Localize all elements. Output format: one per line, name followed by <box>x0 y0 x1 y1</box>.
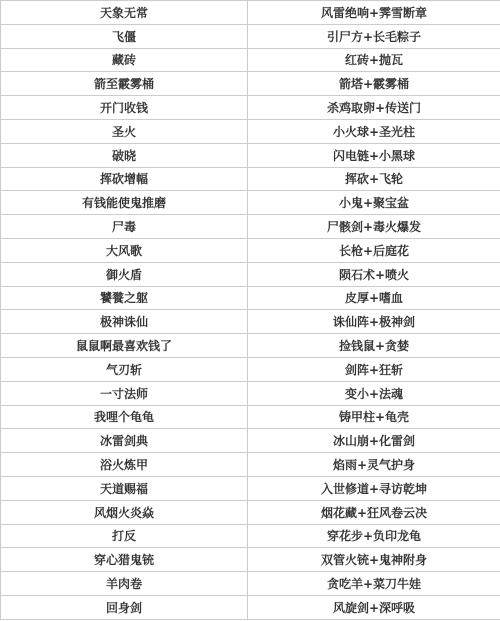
table-row: 穿心猎鬼铳 双管火铳+鬼神附身 <box>1 548 500 572</box>
combo-name-cell: 打反 <box>1 524 248 548</box>
recipe-cell: 箭塔+霰雾桶 <box>248 72 500 96</box>
table-row: 风烟火炎焱 烟花藏+狂风卷云决 <box>1 500 500 524</box>
combo-name-cell: 飞僵 <box>1 24 248 48</box>
combo-name-cell: 浴火炼甲 <box>1 453 248 477</box>
table-row: 挥砍增幅 挥砍+飞轮 <box>1 167 500 191</box>
recipe-cell: 烟花藏+狂风卷云决 <box>248 500 500 524</box>
recipe-cell: 剑阵+狂斩 <box>248 357 500 381</box>
table-row: 羊肉卷 贪吃羊+菜刀牛娃 <box>1 572 500 596</box>
combo-name-cell: 圣火 <box>1 119 248 143</box>
table-row: 打反 穿花步+负印龙龟 <box>1 524 500 548</box>
combo-name-cell: 破晓 <box>1 143 248 167</box>
table-row: 有钱能使鬼推磨 小鬼+聚宝盆 <box>1 191 500 215</box>
table-row: 天道赐福 入世修道+寻访乾坤 <box>1 476 500 500</box>
table-row: 气刃斩 剑阵+狂斩 <box>1 357 500 381</box>
combo-name-cell: 鼠鼠啊最喜欢钱了 <box>1 334 248 358</box>
combo-table: 天象无常 风雷绝响+霁雪断章 飞僵 引尸方+长毛粽子 藏砖 红砖+抛瓦 箭至霰雾… <box>0 0 500 620</box>
recipe-cell: 入世修道+寻访乾坤 <box>248 476 500 500</box>
table-row: 开门收钱 杀鸡取卵+传送门 <box>1 96 500 120</box>
combo-name-cell: 藏砖 <box>1 48 248 72</box>
combo-name-cell: 回身剑 <box>1 595 248 619</box>
combo-name-cell: 饕餮之躯 <box>1 286 248 310</box>
recipe-cell: 陨石术+喷火 <box>248 262 500 286</box>
recipe-cell: 风旋剑+深呼吸 <box>248 595 500 619</box>
table-row: 天象无常 风雷绝响+霁雪断章 <box>1 1 500 25</box>
table-row: 饕餮之躯 皮厚+嗜血 <box>1 286 500 310</box>
recipe-cell: 冰山崩+化雷剑 <box>248 429 500 453</box>
combo-name-cell: 尸毒 <box>1 215 248 239</box>
table-row: 回身剑 风旋剑+深呼吸 <box>1 595 500 619</box>
table-row: 鼠鼠啊最喜欢钱了 捡钱鼠+贪婪 <box>1 334 500 358</box>
table-row: 大风歌 长枪+后庭花 <box>1 238 500 262</box>
recipe-cell: 贪吃羊+菜刀牛娃 <box>248 572 500 596</box>
combo-name-cell: 风烟火炎焱 <box>1 500 248 524</box>
recipe-cell: 风雷绝响+霁雪断章 <box>248 1 500 25</box>
table-row: 御火盾 陨石术+喷火 <box>1 262 500 286</box>
recipe-cell: 尸骸剑+毒火爆发 <box>248 215 500 239</box>
table-row: 冰雷剑典 冰山崩+化雷剑 <box>1 429 500 453</box>
table-row: 圣火 小火球+圣光柱 <box>1 119 500 143</box>
combo-name-cell: 冰雷剑典 <box>1 429 248 453</box>
table-row: 浴火炼甲 焰雨+灵气护身 <box>1 453 500 477</box>
recipe-cell: 长枪+后庭花 <box>248 238 500 262</box>
recipe-cell: 闪电链+小黑球 <box>248 143 500 167</box>
recipe-cell: 杀鸡取卵+传送门 <box>248 96 500 120</box>
recipe-cell: 铸甲柱+龟壳 <box>248 405 500 429</box>
combo-name-cell: 有钱能使鬼推磨 <box>1 191 248 215</box>
recipe-cell: 小鬼+聚宝盆 <box>248 191 500 215</box>
table-row: 尸毒 尸骸剑+毒火爆发 <box>1 215 500 239</box>
combo-name-cell: 穿心猎鬼铳 <box>1 548 248 572</box>
recipe-cell: 双管火铳+鬼神附身 <box>248 548 500 572</box>
recipe-cell: 引尸方+长毛粽子 <box>248 24 500 48</box>
table-row: 破晓 闪电链+小黑球 <box>1 143 500 167</box>
combo-name-cell: 开门收钱 <box>1 96 248 120</box>
recipe-cell: 小火球+圣光柱 <box>248 119 500 143</box>
recipe-cell: 红砖+抛瓦 <box>248 48 500 72</box>
combo-table-body: 天象无常 风雷绝响+霁雪断章 飞僵 引尸方+长毛粽子 藏砖 红砖+抛瓦 箭至霰雾… <box>1 1 500 620</box>
combo-name-cell: 羊肉卷 <box>1 572 248 596</box>
combo-name-cell: 气刃斩 <box>1 357 248 381</box>
table-row: 箭至霰雾桶 箭塔+霰雾桶 <box>1 72 500 96</box>
table-row: 极神诛仙 诛仙阵+极神剑 <box>1 310 500 334</box>
combo-name-cell: 挥砍增幅 <box>1 167 248 191</box>
recipe-cell: 捡钱鼠+贪婪 <box>248 334 500 358</box>
recipe-cell: 挥砍+飞轮 <box>248 167 500 191</box>
table-row: 一寸法师 变小+法魂 <box>1 381 500 405</box>
combo-name-cell: 大风歌 <box>1 238 248 262</box>
recipe-cell: 皮厚+嗜血 <box>248 286 500 310</box>
combo-name-cell: 天象无常 <box>1 1 248 25</box>
table-row: 飞僵 引尸方+长毛粽子 <box>1 24 500 48</box>
recipe-cell: 焰雨+灵气护身 <box>248 453 500 477</box>
recipe-cell: 诛仙阵+极神剑 <box>248 310 500 334</box>
table-row: 藏砖 红砖+抛瓦 <box>1 48 500 72</box>
combo-name-cell: 一寸法师 <box>1 381 248 405</box>
combo-name-cell: 箭至霰雾桶 <box>1 72 248 96</box>
combo-name-cell: 御火盾 <box>1 262 248 286</box>
combo-name-cell: 极神诛仙 <box>1 310 248 334</box>
recipe-cell: 变小+法魂 <box>248 381 500 405</box>
recipe-cell: 穿花步+负印龙龟 <box>248 524 500 548</box>
combo-name-cell: 天道赐福 <box>1 476 248 500</box>
combo-name-cell: 我哩个龟龟 <box>1 405 248 429</box>
table-row: 我哩个龟龟 铸甲柱+龟壳 <box>1 405 500 429</box>
